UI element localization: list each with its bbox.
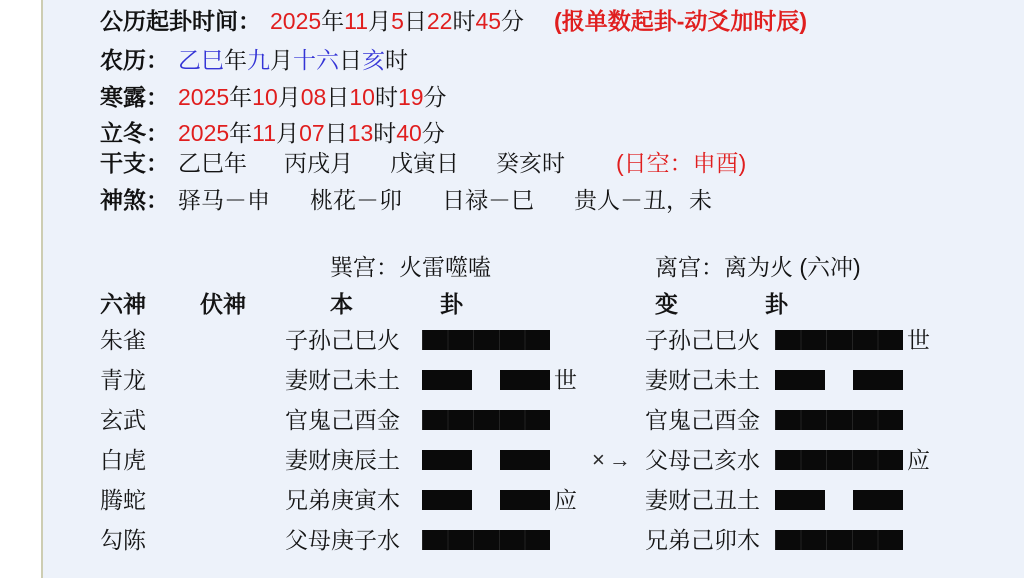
hexagram-row: 玄武 官鬼己酉金 官鬼己酉金 xyxy=(43,400,1024,440)
page-left-margin xyxy=(0,0,43,578)
shensha-line: 神煞：驿马－申桃花－卯日禄－巳贵人－丑，未 xyxy=(100,185,752,215)
lunar-date-line: 农历：乙巳年九月十六日亥时 xyxy=(100,45,408,75)
changed-line-symbol xyxy=(775,410,903,430)
changed-line-text: 兄弟己卯木 xyxy=(645,520,760,560)
lidong-term-value: 2025年11月07日13时40分 xyxy=(178,120,445,146)
six-gods-header: 六神 xyxy=(100,289,146,319)
hanlu-term-line: 寒露：2025年10月08日10时19分 xyxy=(100,82,447,112)
day-pillar: 戊寅日 xyxy=(390,150,459,176)
hexagram-row: 勾陈 父母庚子水 兄弟己卯木 xyxy=(43,520,1024,560)
lidong-term-line: 立冬：2025年11月07日13时40分 xyxy=(100,118,445,148)
changed-line-text: 父母己亥水 xyxy=(645,440,760,480)
hexagram-row: 青龙 妻财己未土 世 妻财己未土 xyxy=(43,360,1024,400)
month-pillar: 丙戌月 xyxy=(284,150,353,176)
changed-hexagram-header-gua: 卦 xyxy=(765,289,788,319)
original-hexagram-palace-title: 巽宫：火雷噬嗑 xyxy=(330,252,491,282)
changed-hexagram-palace-title: 离宫：离为火 (六冲) xyxy=(655,252,861,282)
hidden-spirit-header: 伏神 xyxy=(200,289,246,319)
six-god: 朱雀 xyxy=(100,320,146,360)
hexagram-row: 白虎 妻财庚辰土 ×→ 父母己亥水 应 xyxy=(43,440,1024,480)
solar-time-label: 公历起卦时间： xyxy=(100,8,261,34)
six-god: 白虎 xyxy=(100,440,146,480)
peach-blossom-star: 桃花－卯 xyxy=(310,187,402,213)
post-horse-star: 驿马－申 xyxy=(178,187,270,213)
changed-line-symbol xyxy=(775,370,903,390)
original-line-symbol xyxy=(422,370,550,390)
original-line-marker: 世 xyxy=(554,360,577,400)
hanlu-term-value: 2025年10月08日10时19分 xyxy=(178,84,447,110)
year-pillar: 乙巳年 xyxy=(178,150,247,176)
original-line-text: 子孙己巳火 xyxy=(285,320,400,360)
original-hexagram-header-gua: 卦 xyxy=(440,289,463,319)
casting-method-note: (报单数起卦-动爻加时辰) xyxy=(554,8,807,34)
lunar-date-value: 乙巳年九月十六日亥时 xyxy=(178,47,408,73)
nobleman-star: 贵人－丑，未 xyxy=(574,187,712,213)
original-line-text: 妻财庚辰土 xyxy=(285,440,400,480)
shensha-label: 神煞： xyxy=(100,187,169,213)
six-god: 勾陈 xyxy=(100,520,146,560)
original-line-symbol xyxy=(422,450,550,470)
changed-line-text: 官鬼己酉金 xyxy=(645,400,760,440)
original-line-text: 官鬼己酉金 xyxy=(285,400,400,440)
original-line-text: 妻财己未土 xyxy=(285,360,400,400)
changed-hexagram-header-bian: 变 xyxy=(655,289,678,319)
changed-line-symbol xyxy=(775,450,903,470)
changed-line-text: 妻财己丑土 xyxy=(645,480,760,520)
day-salary-star: 日禄－巳 xyxy=(442,187,534,213)
original-line-text: 兄弟庚寅木 xyxy=(285,480,400,520)
hour-pillar: 癸亥时 xyxy=(496,150,565,176)
six-god: 青龙 xyxy=(100,360,146,400)
original-line-symbol xyxy=(422,330,550,350)
six-god: 腾蛇 xyxy=(100,480,146,520)
ganzhi-label: 干支： xyxy=(100,150,169,176)
original-line-symbol xyxy=(422,410,550,430)
changed-line-marker: 应 xyxy=(907,440,930,480)
lunar-date-label: 农历： xyxy=(100,47,169,73)
lidong-term-label: 立冬： xyxy=(100,120,169,146)
original-line-symbol xyxy=(422,490,550,510)
divination-report-panel: 公历起卦时间：2025年11月5日22时45分(报单数起卦-动爻加时辰) 农历：… xyxy=(43,0,1024,578)
ganzhi-line: 干支：乙巳年丙戌月戊寅日癸亥时(日空：申酉) xyxy=(100,148,746,178)
original-line-symbol xyxy=(422,530,550,550)
original-line-marker: 应 xyxy=(554,480,577,520)
changing-line-arrow: ×→ xyxy=(592,440,635,480)
hanlu-term-label: 寒露： xyxy=(100,84,169,110)
hexagram-row: 腾蛇 兄弟庚寅木 应 妻财己丑土 xyxy=(43,480,1024,520)
changed-line-symbol xyxy=(775,490,903,510)
void-branches: (日空：申酉) xyxy=(616,150,746,176)
changed-line-marker: 世 xyxy=(907,320,930,360)
changed-line-symbol xyxy=(775,330,903,350)
changed-line-text: 子孙己巳火 xyxy=(645,320,760,360)
six-god: 玄武 xyxy=(100,400,146,440)
solar-time-value: 2025年11月5日22时45分 xyxy=(270,8,524,34)
original-line-text: 父母庚子水 xyxy=(285,520,400,560)
original-hexagram-header-ben: 本 xyxy=(330,289,353,319)
changed-line-text: 妻财己未土 xyxy=(645,360,760,400)
changed-line-symbol xyxy=(775,530,903,550)
solar-time-line: 公历起卦时间：2025年11月5日22时45分(报单数起卦-动爻加时辰) xyxy=(100,6,807,36)
hexagram-row: 朱雀 子孙己巳火 子孙己巳火 世 xyxy=(43,320,1024,360)
